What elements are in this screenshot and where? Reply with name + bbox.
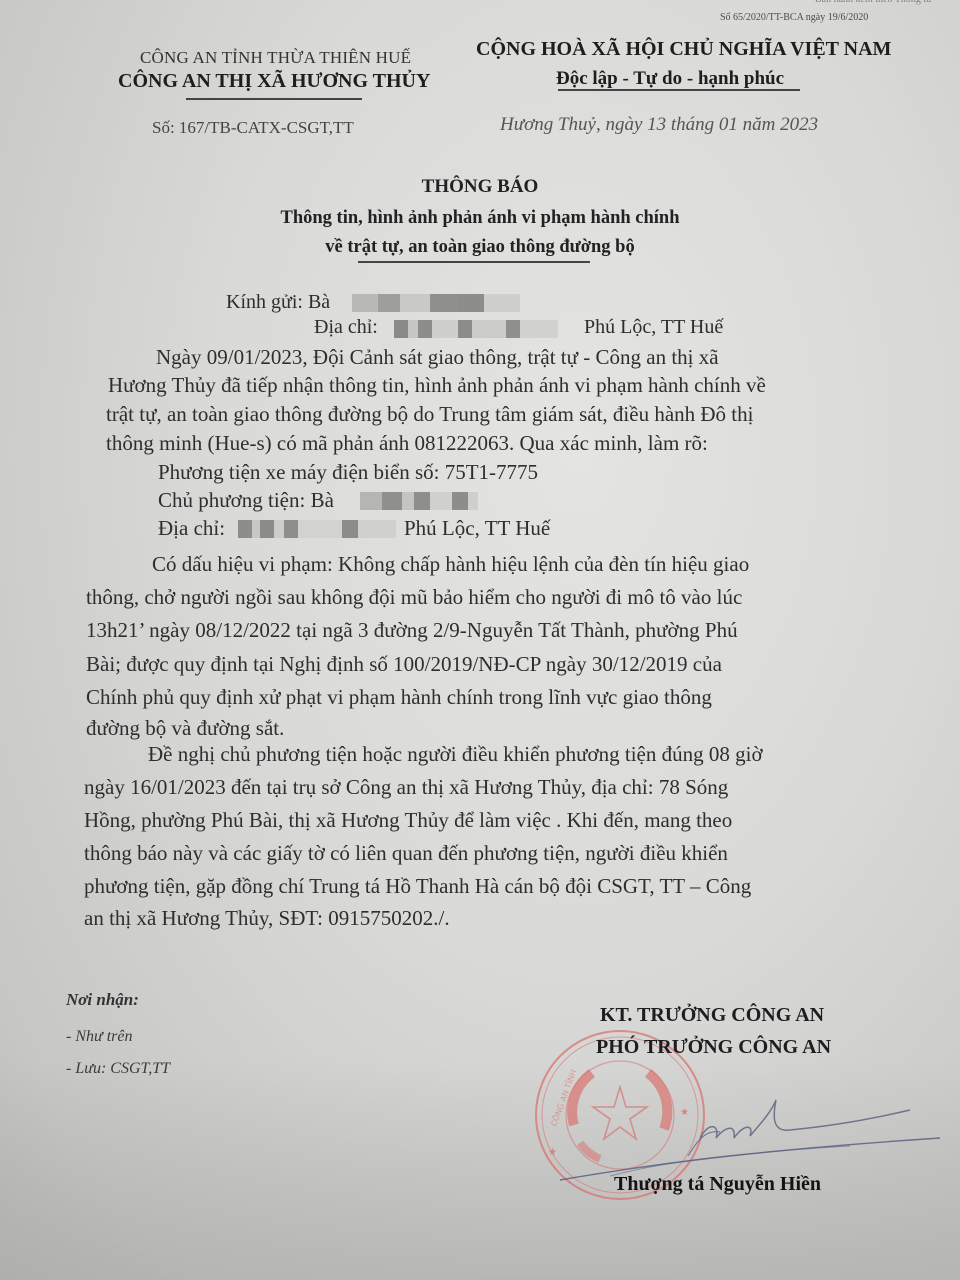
addressee-address-label: Địa chỉ: bbox=[314, 316, 378, 339]
para3-line2: ngày 16/01/2023 đến tại trụ sở Công an t… bbox=[84, 775, 728, 800]
place-and-date: Hương Thuỷ, ngày 13 tháng 01 năm 2023 bbox=[500, 114, 818, 136]
subtitle-underline bbox=[358, 261, 590, 263]
para2-line1: Có dấu hiệu vi phạm: Không chấp hành hiệ… bbox=[152, 552, 749, 577]
owner-address-tail: Phú Lộc, TT Huế bbox=[404, 516, 550, 541]
reference-note-line2: Số 65/2020/TT-BCA ngày 19/6/2020 bbox=[720, 12, 868, 23]
redacted-addressee-name bbox=[352, 294, 520, 312]
owner-address-label: Địa chỉ: bbox=[158, 516, 225, 541]
parent-agency: CÔNG AN TỈNH THỪA THIÊN HUẾ bbox=[140, 48, 411, 68]
vehicle-plate: Phương tiện xe máy điện biển số: 75T1-77… bbox=[158, 460, 538, 485]
redacted-owner-name bbox=[360, 492, 478, 510]
redacted-owner-address bbox=[238, 520, 396, 538]
agency-underline bbox=[186, 98, 362, 100]
document-subtitle-line2: về trật tự, an toàn giao thông đường bộ bbox=[0, 237, 960, 258]
para2-line5: Chính phủ quy định xử phạt vi phạm hành … bbox=[86, 685, 712, 710]
redacted-addressee-address bbox=[394, 320, 558, 338]
para2-line2: thông, chở người ngồi sau không đội mũ b… bbox=[86, 585, 742, 610]
para1-line4: thông minh (Hue-s) có mã phản ánh 081222… bbox=[106, 431, 708, 456]
recipient-item: - Lưu: CSGT,TT bbox=[66, 1060, 170, 1078]
issuing-agency: CÔNG AN THỊ XÃ HƯƠNG THỦY bbox=[118, 70, 430, 93]
para2-line6: đường bộ và đường sắt. bbox=[86, 716, 284, 741]
owner-label: Chủ phương tiện: Bà bbox=[158, 488, 334, 513]
addressee-address-tail: Phú Lộc, TT Huế bbox=[584, 316, 723, 339]
para3-line5: phương tiện, gặp đồng chí Trung tá Hồ Th… bbox=[84, 874, 751, 899]
para3-line1: Đề nghị chủ phương tiện hoặc người điều … bbox=[148, 742, 763, 767]
signature-title-line1: KT. TRƯỞNG CÔNG AN bbox=[600, 1004, 824, 1027]
para2-line3: 13h21’ ngày 08/12/2022 tại ngã 3 đường 2… bbox=[86, 618, 738, 643]
para3-line3: Hồng, phường Phú Bài, thị xã Hương Thủy … bbox=[84, 808, 732, 833]
reference-note-line1: Ban hành kèm theo Thông tư bbox=[815, 0, 932, 5]
national-motto: Độc lập - Tự do - hạnh phúc bbox=[556, 68, 784, 90]
para2-line4: Bài; được quy định tại Nghị định số 100/… bbox=[86, 652, 722, 677]
signature-title-line2: PHÓ TRƯỞNG CÔNG AN bbox=[596, 1036, 831, 1059]
document-number: Số: 167/TB-CATX-CSGT,TT bbox=[152, 118, 354, 138]
document-subtitle-line1: Thông tin, hình ảnh phản ánh vi phạm hàn… bbox=[0, 208, 960, 229]
addressee-label: Kính gửi: Bà bbox=[226, 291, 330, 314]
recipients-heading: Nơi nhận: bbox=[66, 990, 139, 1010]
national-title: CỘNG HOÀ XÃ HỘI CHỦ NGHĨA VIỆT NAM bbox=[476, 38, 891, 61]
para3-line6: an thị xã Hương Thủy, SĐT: 0915750202./. bbox=[84, 906, 450, 931]
para1-line1: Ngày 09/01/2023, Đội Cảnh sát giao thông… bbox=[156, 345, 719, 370]
signer-name: Thượng tá Nguyễn Hiền bbox=[614, 1173, 821, 1196]
para1-line3: trật tự, an toàn giao thông đường bộ do … bbox=[106, 402, 753, 427]
para1-line2: Hương Thủy đã tiếp nhận thông tin, hình … bbox=[108, 373, 766, 398]
para3-line4: thông báo này và các giấy tờ có liên qua… bbox=[84, 841, 728, 866]
motto-underline bbox=[558, 89, 800, 91]
document-title: THÔNG BÁO bbox=[0, 176, 960, 198]
recipient-item: - Như trên bbox=[66, 1028, 133, 1046]
